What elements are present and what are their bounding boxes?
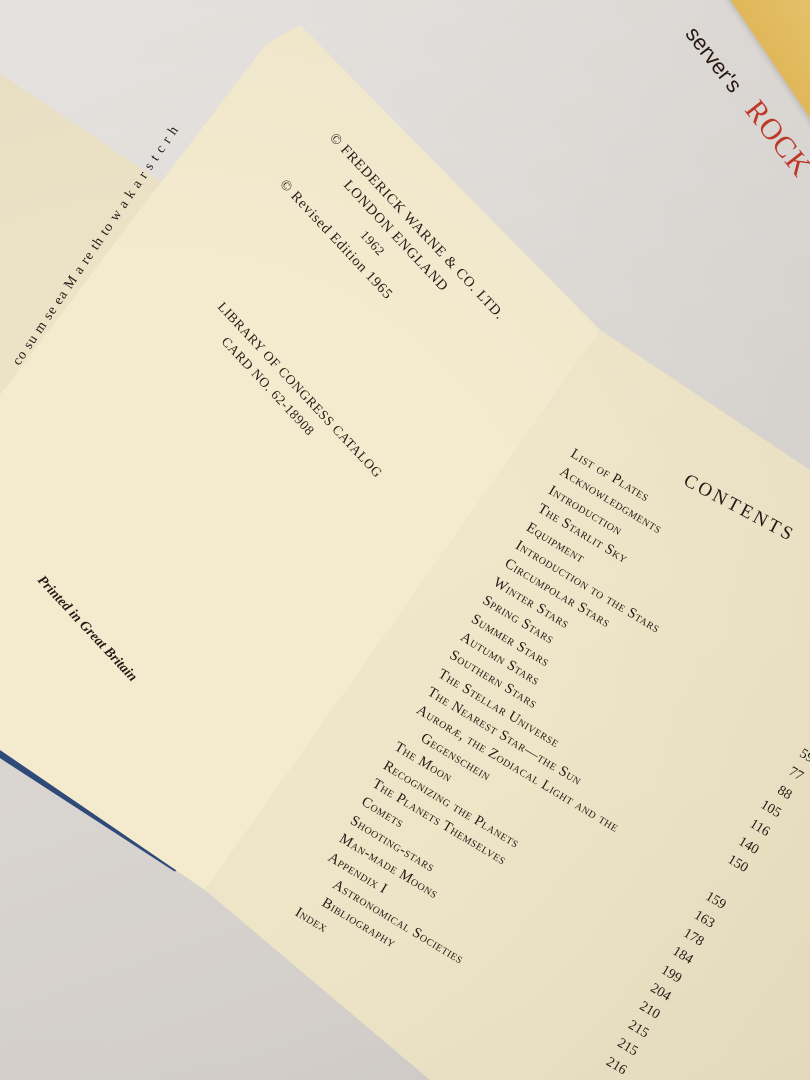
spine-text-observers: server's: [681, 22, 748, 98]
spine-text-rock: ROCK: [738, 94, 810, 183]
photo-scene: server's ROCK co su m se ea M a re th to…: [0, 0, 810, 1080]
